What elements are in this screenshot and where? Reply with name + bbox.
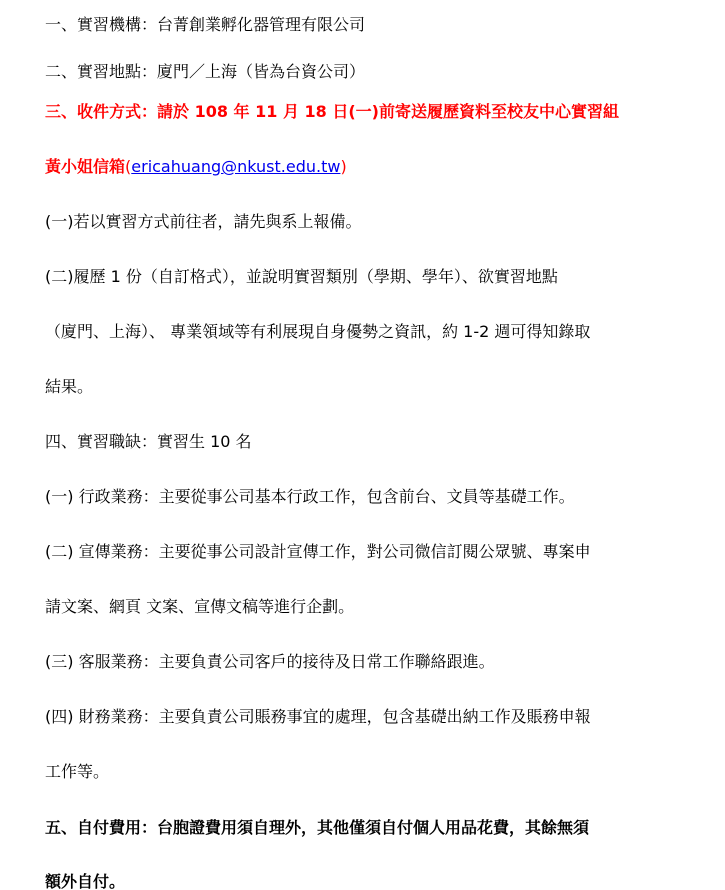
position-item: (四) 財務業務：主要負責公司賬務事宜的處理，包含基礎出納工作及賬務申報 [45, 706, 591, 728]
expenses-line: 額外自付。 [45, 871, 125, 890]
submission-item: （廈門、上海）、 專業領域等有利展現自身優勢之資訊，約 1-2 週可得知錄取 [45, 321, 590, 343]
institution-value: 台菁創業孵化器管理有限公司 [157, 15, 365, 34]
position-item: (一) 行政業務：主要從事公司基本行政工作，包含前台、文員等基礎工作。 [45, 486, 575, 508]
location-line: 二、實習地點：廈門／上海（皆為台資公司） [45, 61, 365, 83]
submission-item: (一)若以實習方式前往者，請先與系上報備。 [45, 211, 362, 233]
position-item: (三) 客服業務：主要負責公司客戶的接待及日常工作聯絡跟進。 [45, 651, 495, 673]
submission-item: (二)履歷 1 份（自訂格式），並說明實習類別（學期、學年）、欲實習地點 [45, 266, 558, 288]
positions-heading: 四、實習職缺：實習生 10 名 [45, 431, 252, 453]
submission-heading: 三、收件方式：請於 108 年 11 月 18 日(一)前寄送履歷資料至校友中心… [45, 101, 619, 123]
expenses-line: 五、自付費用：台胞證費用須自理外，其他僅須自付個人用品花費，其餘無須 [45, 817, 589, 839]
position-item: (二) 宣傳業務：主要從事公司設計宣傳工作，對公司微信訂閱公眾號、專案申 [45, 541, 591, 563]
institution-label: 一、實習機構： [45, 15, 157, 34]
submission-item: 結果。 [45, 376, 93, 398]
institution-line: 一、實習機構：台菁創業孵化器管理有限公司 [45, 14, 365, 36]
position-item: 請文案、網頁 文案、宣傳文稿等進行企劃。 [45, 596, 354, 618]
submission-email-line: 黃小姐信箱(ericahuang@nkust.edu.tw) [45, 156, 347, 178]
paren-close: ) [340, 157, 346, 176]
location-label: 二、實習地點： [45, 62, 157, 81]
email-link[interactable]: ericahuang@nkust.edu.tw [131, 157, 340, 176]
position-item: 工作等。 [45, 761, 109, 783]
location-value: 廈門／上海（皆為台資公司） [157, 62, 365, 81]
email-prefix: 黃小姐信箱 [45, 157, 125, 176]
